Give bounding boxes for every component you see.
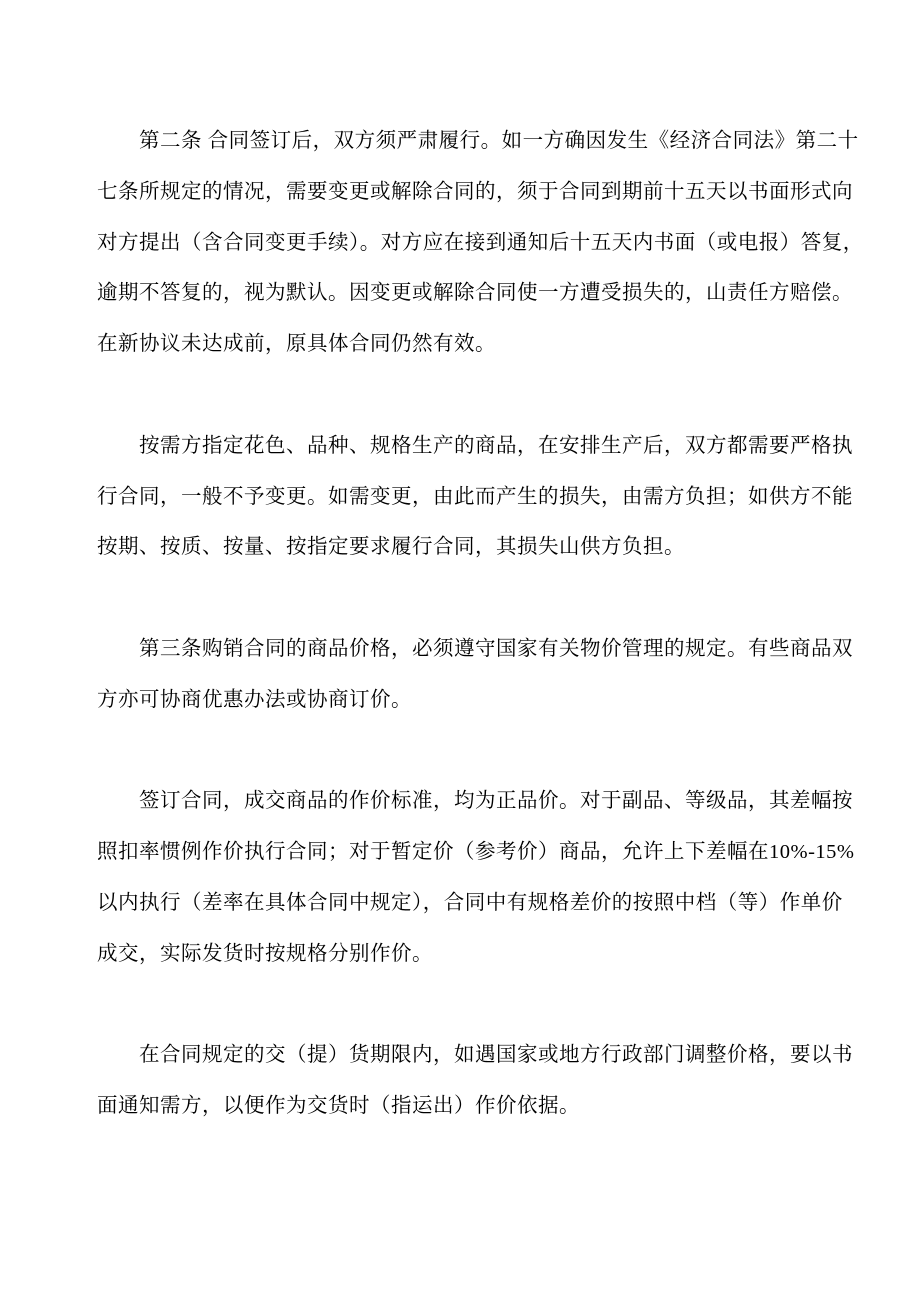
text-line: 按需方指定花色、品种、规格生产的商品，在安排生产后，双方都需要严格执: [97, 421, 830, 472]
text-line: 在合同规定的交（提）货期限内，如遇国家或地方行政部门调整价格，要以书: [97, 1030, 830, 1081]
text-line: 面通知需方，以便作为交货时（指运出）作价依据。: [97, 1081, 830, 1132]
paragraph-pricing-standard: 签订合同，成交商品的作价标准，均为正品价。对于副品、等级品，其差幅按 照扣率惯例…: [97, 776, 830, 979]
text-line: 成交，实际发货时按规格分别作价。: [97, 929, 830, 980]
paragraph-custom-goods: 按需方指定花色、品种、规格生产的商品，在安排生产后，双方都需要严格执 行合同，一…: [97, 421, 830, 573]
text-line: 照扣率惯例作价执行合同；对于暂定价（参考价）商品，允许上下差幅在10%-15%: [97, 827, 830, 878]
paragraph-clause-3: 第三条购销合同的商品价格，必须遵守国家有关物价管理的规定。有些商品双 方亦可协商…: [97, 624, 830, 726]
text-line: 方亦可协商优惠办法或协商订价。: [97, 675, 830, 726]
text-line: 按期、按质、按量、按指定要求履行合同，其损失山供方负担。: [97, 522, 830, 573]
text-line: 第三条购销合同的商品价格，必须遵守国家有关物价管理的规定。有些商品双: [97, 624, 830, 675]
text-line: 在新协议未达成前，原具体合同仍然有效。: [97, 319, 830, 370]
document-page: 第二条 合同签订后，双方须严肃履行。如一方确因发生《经济合同法》第二十 七条所规…: [0, 0, 920, 1301]
text-line: 逾期不答复的，视为默认。因变更或解除合同使一方遭受损失的，山责任方赔偿。: [97, 268, 830, 319]
text-line: 签订合同，成交商品的作价标准，均为正品价。对于副品、等级品，其差幅按: [97, 776, 830, 827]
text-line: 第二条 合同签订后，双方须严肃履行。如一方确因发生《经济合同法》第二十: [97, 116, 830, 167]
text-line: 行合同，一般不予变更。如需变更，由此而产生的损失，由需方负担；如供方不能: [97, 472, 830, 523]
text-line: 七条所规定的情况，需要变更或解除合同的，须于合同到期前十五天以书面形式向: [97, 167, 830, 218]
paragraph-price-adjustment: 在合同规定的交（提）货期限内，如遇国家或地方行政部门调整价格，要以书 面通知需方…: [97, 1030, 830, 1132]
text-line: 以内执行（差率在具体合同中规定），合同中有规格差价的按照中档（等）作单价: [97, 878, 830, 929]
text-line: 对方提出（含合同变更手续）。对方应在接到通知后十五天内书面（或电报）答复，: [97, 218, 830, 269]
paragraph-clause-2: 第二条 合同签订后，双方须严肃履行。如一方确因发生《经济合同法》第二十 七条所规…: [97, 116, 830, 370]
